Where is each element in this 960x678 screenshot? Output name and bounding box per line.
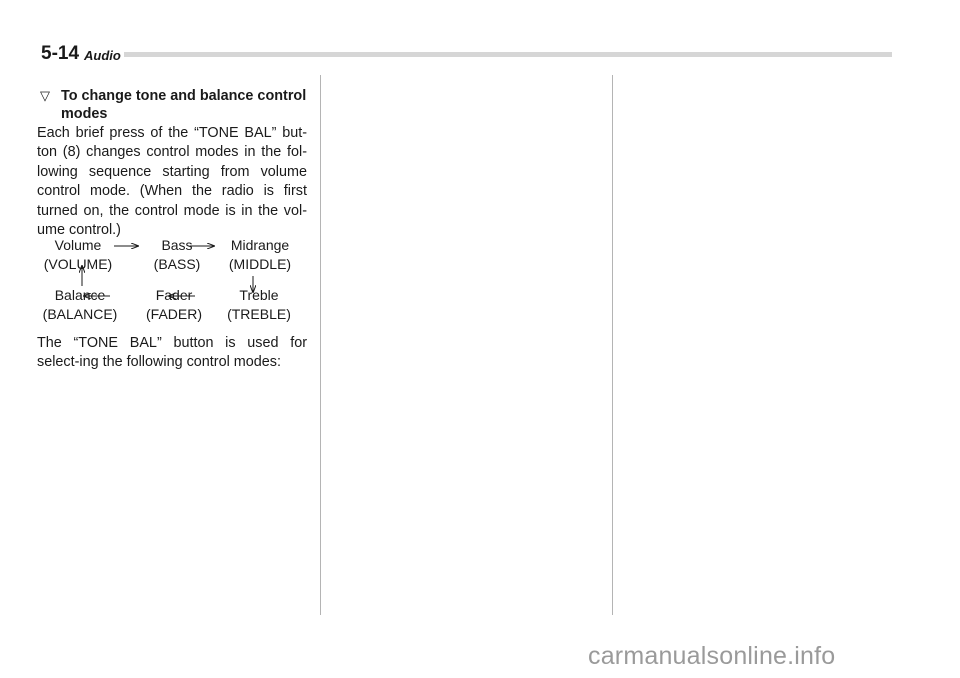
column-divider-left — [320, 75, 321, 615]
column-divider-right — [612, 75, 613, 615]
heading-text: To change tone and balance control modes — [61, 87, 310, 123]
watermark: carmanualsonline.info — [588, 642, 835, 671]
page-number: 5-14 — [41, 43, 81, 65]
intro-paragraph: Each brief press of the “TONE BAL” but-t… — [37, 124, 307, 240]
control-mode-sequence-diagram: Volume (VOLUME) Bass (BASS) Midrange (MI… — [30, 236, 320, 326]
followup-paragraph: The “TONE BAL” button is used for select… — [37, 334, 307, 373]
sequence-arrows — [30, 236, 320, 328]
section-title: Audio — [84, 48, 124, 63]
header-rule — [120, 52, 892, 57]
triangle-marker-icon: ▽ — [40, 87, 50, 105]
subsection-heading: ▽ To change tone and balance control mod… — [40, 87, 310, 123]
